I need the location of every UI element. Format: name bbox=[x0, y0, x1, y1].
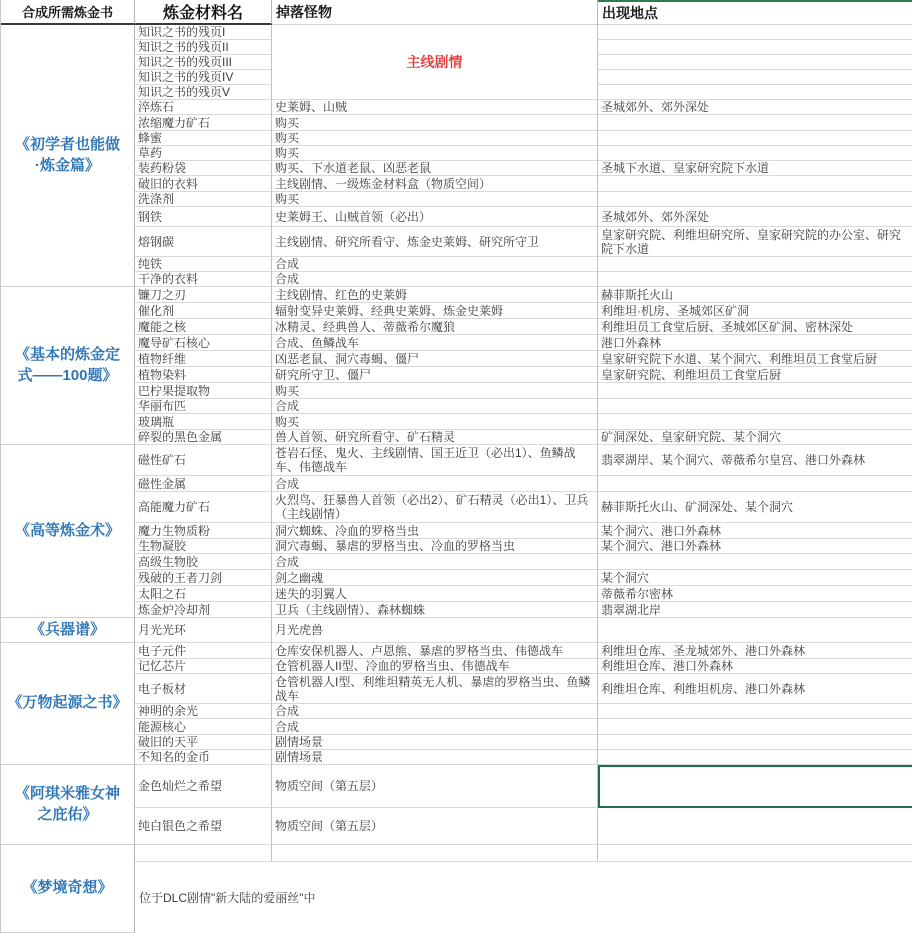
material-cell[interactable]: 熔钢碳 bbox=[135, 227, 272, 257]
monster-cell[interactable]: 物质空间（第五层） bbox=[272, 765, 598, 808]
location-cell[interactable]: 港口外森林 bbox=[598, 335, 912, 351]
material-cell[interactable]: 金色灿烂之希望 bbox=[135, 765, 272, 808]
monster-cell[interactable]: 兽人首领、研究所看守、矿石精灵 bbox=[272, 430, 598, 445]
material-cell[interactable]: 知识之书的残页IV bbox=[135, 70, 272, 85]
material-cell[interactable]: 洗涤剂 bbox=[135, 192, 272, 207]
monster-cell[interactable]: 购买 bbox=[272, 192, 598, 207]
merged-monster-cell[interactable]: 主线剧情 bbox=[272, 25, 597, 99]
section-rows: 金色灿烂之希望物质空间（第五层）纯白银色之希望物质空间（第五层） bbox=[135, 765, 912, 845]
material-cell[interactable]: 干净的衣料 bbox=[135, 272, 272, 287]
location-cell[interactable] bbox=[598, 750, 912, 765]
material-cell[interactable]: 神明的余光 bbox=[135, 704, 272, 719]
location-cell[interactable]: 利维坦仓库、港口外森林 bbox=[598, 659, 912, 674]
section-rows: 镰刀之刃主线剧情、红色的史莱姆赫菲斯托火山催化剂辐射变异史莱姆、经典史莱姆、炼金… bbox=[135, 287, 912, 445]
location-cell[interactable]: 某个洞穴 bbox=[598, 570, 912, 586]
location-cell[interactable]: 利维坦仓库、圣龙城郊外、港口外森林 bbox=[598, 643, 912, 659]
table-row: 熔钢碳主线剧情、研究所看守、炼金史莱姆、研究所守卫皇家研究院、利维坦研究所、皇家… bbox=[135, 227, 912, 257]
material-cell[interactable]: 纯铁 bbox=[135, 257, 272, 272]
table-row: 破旧的衣料主线剧情、一级炼金材料盒（物质空间） bbox=[135, 176, 912, 192]
material-cell[interactable]: 镰刀之刃 bbox=[135, 287, 272, 303]
book-section: 《阿琪米雅女神之庇佑》金色灿烂之希望物质空间（第五层）纯白银色之希望物质空间（第… bbox=[1, 765, 912, 845]
table-row: 不知名的金币剧情场景 bbox=[135, 750, 912, 765]
monster-cell[interactable]: 主线剧情、研究所看守、炼金史莱姆、研究所守卫 bbox=[272, 227, 598, 257]
book-section: 《初学者也能做·炼金篇》知识之书的残页I知识之书的残页II知识之书的残页III知… bbox=[1, 25, 912, 287]
table-row: 纯铁合成 bbox=[135, 257, 912, 272]
table-row: 月光光环月光虎兽 bbox=[135, 618, 912, 643]
monster-cell[interactable]: 史莱姆、山贼 bbox=[272, 100, 598, 115]
monster-cell[interactable]: 苍岩石怪、鬼火、主线剧情、国王近卫（必出1）、鱼鳞战车、伟德战车 bbox=[272, 445, 598, 476]
book-section: 《基本的炼金定式——100题》镰刀之刃主线剧情、红色的史莱姆赫菲斯托火山催化剂辐… bbox=[1, 287, 912, 445]
location-cell[interactable]: 圣城郊外、郊外深处 bbox=[598, 207, 912, 227]
location-cell[interactable] bbox=[598, 383, 912, 399]
monster-cell[interactable]: 购买 bbox=[272, 146, 598, 161]
material-cell[interactable]: 记忆芯片 bbox=[135, 659, 272, 674]
location-cell[interactable]: 利维坦员工食堂后厨、圣城郊区矿洞、密林深处 bbox=[598, 319, 912, 335]
monster-cell[interactable]: 研究所守卫、僵尸 bbox=[272, 367, 598, 383]
table-row: 记忆芯片仓管机器人II型、冷血的罗格当虫、伟德战车利维坦仓库、港口外森林 bbox=[135, 659, 912, 674]
location-cell[interactable]: 圣城下水道、皇家研究院下水道 bbox=[598, 161, 912, 176]
table-row: 植物染料研究所守卫、僵尸皇家研究院、利维坦员工食堂后厨 bbox=[135, 367, 912, 383]
location-cell[interactable] bbox=[598, 257, 912, 272]
material-cell[interactable]: 电子板材 bbox=[135, 674, 272, 704]
book-section: 《万物起源之书》电子元件仓库安保机器人、卢恩熊、暴虐的罗格当虫、伟德战车利维坦仓… bbox=[1, 643, 912, 765]
table-row: 干净的衣料合成 bbox=[135, 272, 912, 287]
monster-cell[interactable]: 合成 bbox=[272, 272, 598, 287]
material-cell[interactable]: 炼金炉冷却剂 bbox=[135, 602, 272, 618]
material-cell[interactable]: 魔能之核 bbox=[135, 319, 272, 335]
table-row: 电子板材仓管机器人I型、利维坦精英无人机、暴虐的罗格当虫、鱼鳞战车利维坦仓库、利… bbox=[135, 674, 912, 704]
location-cell[interactable]: 利维坦仓库、利维坦机房、港口外森林 bbox=[598, 674, 912, 704]
section-rows: 电子元件仓库安保机器人、卢恩熊、暴虐的罗格当虫、伟德战车利维坦仓库、圣龙城郊外、… bbox=[135, 643, 912, 765]
book-title-cell[interactable]: 《高等炼金术》 bbox=[1, 445, 135, 618]
merged-note-cell[interactable]: 位于DLC剧情"新大陆的爱丽丝"中 bbox=[135, 862, 912, 933]
monster-cell[interactable]: 卫兵（主线剧情）、森林蜘蛛 bbox=[272, 602, 598, 618]
material-cell[interactable]: 华丽布匹 bbox=[135, 399, 272, 414]
monster-cell[interactable]: 辐射变异史莱姆、经典史莱姆、炼金史莱姆 bbox=[272, 303, 598, 319]
monster-cell[interactable]: 冰精灵、经典兽人、蒂薇希尔魔狼 bbox=[272, 319, 598, 335]
book-title-cell[interactable]: 《基本的炼金定式——100题》 bbox=[1, 287, 135, 445]
monster-cell[interactable] bbox=[272, 845, 598, 862]
location-cell[interactable]: 皇家研究院、利维坦研究所、皇家研究院的办公室、研究院下水道 bbox=[598, 227, 912, 257]
location-cell[interactable]: 蒂薇希尔密林 bbox=[598, 586, 912, 602]
header-cell-monster[interactable]: 掉落怪物 bbox=[272, 0, 598, 25]
monster-cell[interactable]: 洞穴蜘蛛、冷血的罗格当虫 bbox=[272, 523, 598, 539]
location-cell[interactable] bbox=[598, 554, 912, 570]
table-row: 磁性金属合成 bbox=[135, 476, 912, 492]
table-row: 装药粉袋购买、下水道老鼠、凶恶老鼠圣城下水道、皇家研究院下水道 bbox=[135, 161, 912, 176]
table-row: 神明的余光合成 bbox=[135, 704, 912, 719]
material-cell[interactable]: 磁性金属 bbox=[135, 476, 272, 492]
table-row: 位于DLC剧情"新大陆的爱丽丝"中 bbox=[135, 862, 912, 933]
material-cell[interactable]: 玻璃瓶 bbox=[135, 414, 272, 430]
location-cell[interactable] bbox=[598, 845, 912, 862]
table-row: 碎裂的黑色金属兽人首领、研究所看守、矿石精灵矿洞深处、皇家研究院、某个洞穴 bbox=[135, 430, 912, 445]
location-cell[interactable] bbox=[598, 40, 912, 55]
header-cell-material[interactable]: 炼金材料名 bbox=[135, 0, 272, 25]
table-row: 魔力生物质粉洞穴蜘蛛、冷血的罗格当虫某个洞穴、港口外森林 bbox=[135, 523, 912, 539]
table-row: 高能魔力矿石火烈鸟、狂暴兽人首领（必出2）、矿石精灵（必出1）、卫兵（主线剧情）… bbox=[135, 492, 912, 523]
book-section: 《高等炼金术》磁性矿石苍岩石怪、鬼火、主线剧情、国王近卫（必出1）、鱼鳞战车、伟… bbox=[1, 445, 912, 618]
monster-cell[interactable]: 仓管机器人II型、冷血的罗格当虫、伟德战车 bbox=[272, 659, 598, 674]
material-cell[interactable]: 纯白银色之希望 bbox=[135, 808, 272, 845]
material-cell[interactable]: 电子元件 bbox=[135, 643, 272, 659]
location-cell[interactable] bbox=[598, 146, 912, 161]
section-rows: 知识之书的残页I知识之书的残页II知识之书的残页III知识之书的残页IV知识之书… bbox=[135, 25, 912, 287]
monster-cell[interactable]: 购买、下水道老鼠、凶恶老鼠 bbox=[272, 161, 598, 176]
monster-cell[interactable]: 购买 bbox=[272, 383, 598, 399]
book-title-cell[interactable]: 《阿琪米雅女神之庇佑》 bbox=[1, 765, 135, 845]
section-rows: 月光光环月光虎兽 bbox=[135, 618, 912, 643]
section-rows: 磁性矿石苍岩石怪、鬼火、主线剧情、国王近卫（必出1）、鱼鳞战车、伟德战车翡翠湖岸… bbox=[135, 445, 912, 618]
material-cell[interactable]: 魔力生物质粉 bbox=[135, 523, 272, 539]
material-cell[interactable]: 植物纤维 bbox=[135, 351, 272, 367]
location-cell[interactable] bbox=[598, 414, 912, 430]
location-cell[interactable]: 矿洞深处、皇家研究院、某个洞穴 bbox=[598, 430, 912, 445]
material-cell[interactable]: 知识之书的残页I bbox=[135, 25, 272, 40]
material-cell[interactable]: 巴柠果提取物 bbox=[135, 383, 272, 399]
material-cell[interactable]: 磁性矿石 bbox=[135, 445, 272, 476]
section-rows: 位于DLC剧情"新大陆的爱丽丝"中 bbox=[135, 845, 912, 933]
location-cell[interactable]: 皇家研究院、利维坦员工食堂后厨 bbox=[598, 367, 912, 383]
table-row bbox=[135, 845, 912, 862]
location-cell[interactable] bbox=[598, 272, 912, 287]
table-row: 金色灿烂之希望物质空间（第五层） bbox=[135, 765, 912, 808]
monster-cell[interactable]: 购买 bbox=[272, 131, 598, 146]
table-row: 镰刀之刃主线剧情、红色的史莱姆赫菲斯托火山 bbox=[135, 287, 912, 303]
header-row: 合成所需炼金书 炼金材料名 掉落怪物 出现地点 bbox=[1, 0, 912, 25]
table-row: 浓缩魔力矿石购买 bbox=[135, 115, 912, 131]
table-row: 华丽布匹合成 bbox=[135, 399, 912, 414]
material-cell[interactable]: 知识之书的残页III bbox=[135, 55, 272, 70]
material-cell[interactable]: 不知名的金币 bbox=[135, 750, 272, 765]
monster-cell[interactable]: 史莱姆王、山贼首领（必出） bbox=[272, 207, 598, 227]
location-cell[interactable] bbox=[598, 618, 912, 643]
table-row: 玻璃瓶购买 bbox=[135, 414, 912, 430]
material-cell[interactable]: 太阳之石 bbox=[135, 586, 272, 602]
material-cell[interactable]: 植物染料 bbox=[135, 367, 272, 383]
material-cell[interactable]: 装药粉袋 bbox=[135, 161, 272, 176]
material-cell[interactable]: 淬炼石 bbox=[135, 100, 272, 115]
table-row: 破旧的天平剧情场景 bbox=[135, 735, 912, 750]
table-row: 炼金炉冷却剂卫兵（主线剧情）、森林蜘蛛翡翠湖北岸 bbox=[135, 602, 912, 618]
monster-cell[interactable]: 洞穴毒蝎、暴虐的罗格当虫、冷血的罗格当虫 bbox=[272, 539, 598, 554]
monster-cell[interactable]: 合成 bbox=[272, 399, 598, 414]
location-cell[interactable]: 赫菲斯托火山、矿洞深处、某个洞穴 bbox=[598, 492, 912, 523]
location-cell[interactable]: 翡翠湖北岸 bbox=[598, 602, 912, 618]
table-row: 磁性矿石苍岩石怪、鬼火、主线剧情、国王近卫（必出1）、鱼鳞战车、伟德战车翡翠湖岸… bbox=[135, 445, 912, 476]
book-section: 《梦境奇想》位于DLC剧情"新大陆的爱丽丝"中 bbox=[1, 845, 912, 933]
monster-cell[interactable]: 火烈鸟、狂暴兽人首领（必出2）、矿石精灵（必出1）、卫兵（主线剧情） bbox=[272, 492, 598, 523]
table-row: 钢铁史莱姆王、山贼首领（必出）圣城郊外、郊外深处 bbox=[135, 207, 912, 227]
location-cell[interactable] bbox=[598, 735, 912, 750]
monster-cell[interactable]: 合成 bbox=[272, 554, 598, 570]
header-cell-book[interactable]: 合成所需炼金书 bbox=[1, 0, 135, 25]
monster-cell[interactable]: 购买 bbox=[272, 115, 598, 131]
material-cell[interactable]: 蜂蜜 bbox=[135, 131, 272, 146]
monster-cell[interactable]: 剧情场景 bbox=[272, 735, 598, 750]
material-cell[interactable]: 魔导矿石核心 bbox=[135, 335, 272, 351]
location-cell[interactable] bbox=[598, 85, 912, 100]
book-title-cell[interactable]: 《梦境奇想》 bbox=[1, 845, 135, 933]
table-row: 太阳之石迷失的羽翼人蒂薇希尔密林 bbox=[135, 586, 912, 602]
monster-cell[interactable]: 主线剧情、红色的史莱姆 bbox=[272, 287, 598, 303]
monster-cell[interactable]: 仓管机器人I型、利维坦精英无人机、暴虐的罗格当虫、鱼鳞战车 bbox=[272, 674, 598, 704]
location-cell[interactable] bbox=[598, 704, 912, 719]
monster-cell[interactable]: 月光虎兽 bbox=[272, 618, 598, 643]
monster-cell[interactable]: 合成 bbox=[272, 704, 598, 719]
material-cell[interactable]: 催化剂 bbox=[135, 303, 272, 319]
material-cell[interactable] bbox=[135, 845, 272, 862]
table-row: 巴柠果提取物购买 bbox=[135, 383, 912, 399]
location-cell[interactable]: 赫菲斯托火山 bbox=[598, 287, 912, 303]
material-cell[interactable]: 月光光环 bbox=[135, 618, 272, 643]
location-cell[interactable] bbox=[598, 192, 912, 207]
table-row: 草药购买 bbox=[135, 146, 912, 161]
monster-cell[interactable]: 合成 bbox=[272, 476, 598, 492]
monster-cell[interactable]: 迷失的羽翼人 bbox=[272, 586, 598, 602]
location-cell[interactable] bbox=[598, 176, 912, 192]
material-cell[interactable]: 碎裂的黑色金属 bbox=[135, 430, 272, 445]
table-row: 残破的王者刀剑剑之幽魂某个洞穴 bbox=[135, 570, 912, 586]
table-row: 魔能之核冰精灵、经典兽人、蒂薇希尔魔狼利维坦员工食堂后厨、圣城郊区矿洞、密林深处 bbox=[135, 319, 912, 335]
material-cell[interactable]: 高能魔力矿石 bbox=[135, 492, 272, 523]
book-section: 《兵器谱》月光光环月光虎兽 bbox=[1, 618, 912, 643]
table-body: 《初学者也能做·炼金篇》知识之书的残页I知识之书的残页II知识之书的残页III知… bbox=[1, 25, 912, 933]
location-cell[interactable]: 皇家研究院下水道、某个洞穴、利维坦员工食堂后厨 bbox=[598, 351, 912, 367]
monster-cell[interactable]: 仓库安保机器人、卢恩熊、暴虐的罗格当虫、伟德战车 bbox=[272, 643, 598, 659]
location-cell[interactable] bbox=[598, 55, 912, 70]
material-cell[interactable]: 生物凝胶 bbox=[135, 539, 272, 554]
book-title-cell[interactable]: 《兵器谱》 bbox=[1, 618, 135, 643]
location-cell[interactable]: 翡翠湖岸、某个洞穴、蒂薇希尔皇宫、港口外森林 bbox=[598, 445, 912, 476]
monster-cell[interactable]: 凶恶老鼠、洞穴毒蝎、僵尸 bbox=[272, 351, 598, 367]
location-cell[interactable] bbox=[598, 70, 912, 85]
book-title-cell[interactable]: 《初学者也能做·炼金篇》 bbox=[1, 25, 135, 287]
table-row: 植物纤维凶恶老鼠、洞穴毒蝎、僵尸皇家研究院下水道、某个洞穴、利维坦员工食堂后厨 bbox=[135, 351, 912, 367]
location-cell[interactable]: 某个洞穴、港口外森林 bbox=[598, 539, 912, 554]
alchemy-spreadsheet: 合成所需炼金书 炼金材料名 掉落怪物 出现地点 《初学者也能做·炼金篇》知识之书… bbox=[0, 0, 912, 933]
table-row: 魔导矿石核心合成、鱼鳞战车港口外森林 bbox=[135, 335, 912, 351]
table-row: 纯白银色之希望物质空间（第五层） bbox=[135, 808, 912, 845]
location-cell[interactable]: 某个洞穴、港口外森林 bbox=[598, 523, 912, 539]
book-title-cell[interactable]: 《万物起源之书》 bbox=[1, 643, 135, 765]
material-cell[interactable]: 破旧的天平 bbox=[135, 735, 272, 750]
material-cell[interactable]: 知识之书的残页V bbox=[135, 85, 272, 100]
table-row: 洗涤剂购买 bbox=[135, 192, 912, 207]
monster-cell[interactable]: 物质空间（第五层） bbox=[272, 808, 598, 845]
table-row: 高级生物胶合成 bbox=[135, 554, 912, 570]
table-row: 催化剂辐射变异史莱姆、经典史莱姆、炼金史莱姆利维坦·机房、圣城郊区矿洞 bbox=[135, 303, 912, 319]
location-cell[interactable] bbox=[598, 476, 912, 492]
location-cell[interactable] bbox=[598, 719, 912, 735]
material-cell[interactable]: 钢铁 bbox=[135, 207, 272, 227]
location-cell[interactable]: 利维坦·机房、圣城郊区矿洞 bbox=[598, 303, 912, 319]
material-cell[interactable]: 知识之书的残页II bbox=[135, 40, 272, 55]
header-cell-location[interactable]: 出现地点 bbox=[598, 0, 912, 25]
table-row: 淬炼石史莱姆、山贼圣城郊外、郊外深处 bbox=[135, 100, 912, 115]
location-cell[interactable] bbox=[598, 808, 912, 845]
monster-cell[interactable]: 剑之幽魂 bbox=[272, 570, 598, 586]
monster-cell[interactable]: 主线剧情、一级炼金材料盒（物质空间） bbox=[272, 176, 598, 192]
monster-cell[interactable]: 合成 bbox=[272, 257, 598, 272]
material-cell[interactable]: 草药 bbox=[135, 146, 272, 161]
location-cell[interactable] bbox=[598, 115, 912, 131]
location-cell[interactable] bbox=[598, 131, 912, 146]
material-cell[interactable]: 破旧的衣料 bbox=[135, 176, 272, 192]
monster-cell[interactable]: 合成、鱼鳞战车 bbox=[272, 335, 598, 351]
selected-location-cell[interactable] bbox=[598, 765, 912, 808]
location-cell[interactable]: 圣城郊外、郊外深处 bbox=[598, 100, 912, 115]
location-cell[interactable] bbox=[598, 399, 912, 414]
material-cell[interactable]: 高级生物胶 bbox=[135, 554, 272, 570]
location-cell[interactable] bbox=[598, 25, 912, 40]
monster-cell[interactable]: 剧情场景 bbox=[272, 750, 598, 765]
monster-cell[interactable]: 购买 bbox=[272, 414, 598, 430]
material-cell[interactable]: 浓缩魔力矿石 bbox=[135, 115, 272, 131]
table-row: 能源核心合成 bbox=[135, 719, 912, 735]
material-cell[interactable]: 能源核心 bbox=[135, 719, 272, 735]
table-row: 生物凝胶洞穴毒蝎、暴虐的罗格当虫、冷血的罗格当虫某个洞穴、港口外森林 bbox=[135, 539, 912, 554]
monster-cell[interactable]: 合成 bbox=[272, 719, 598, 735]
table-row: 电子元件仓库安保机器人、卢恩熊、暴虐的罗格当虫、伟德战车利维坦仓库、圣龙城郊外、… bbox=[135, 643, 912, 659]
material-cell[interactable]: 残破的王者刀剑 bbox=[135, 570, 272, 586]
table-row: 蜂蜜购买 bbox=[135, 131, 912, 146]
